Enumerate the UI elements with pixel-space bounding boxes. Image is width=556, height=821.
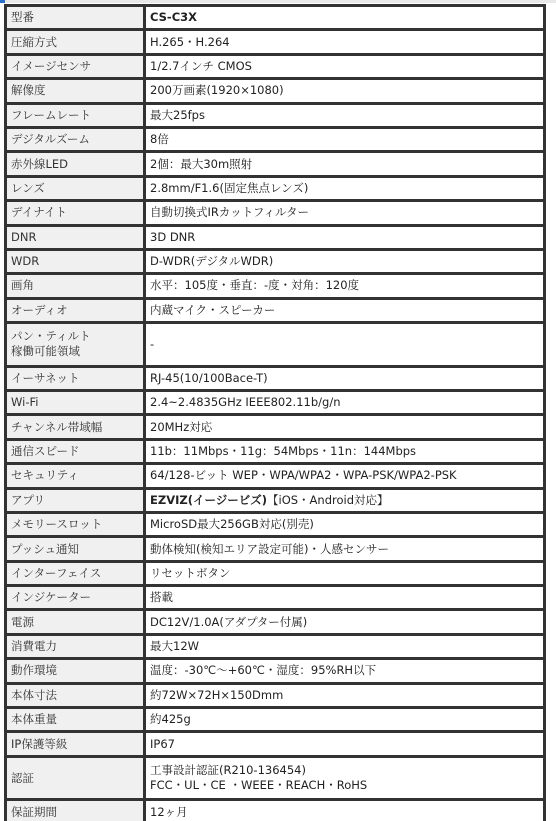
table-row: 保証期間12ヶ月 — [6, 800, 545, 821]
spec-label: IP保護等級 — [6, 732, 145, 756]
app-platforms: 【iOS・Android対応】 — [267, 493, 389, 507]
spec-value: 20MHz対応 — [145, 415, 545, 439]
spec-value-line: 工事設計認証(R210-136454) — [150, 763, 539, 778]
table-row: デイナイト自動切換式IRカットフィルター — [6, 201, 545, 225]
table-row: 電源DC12V/1.0A(アダプター付属) — [6, 610, 545, 634]
spec-table: 型番CS-C3X圧縮方式H.265・H.264イメージセンサ1/2.7インチ C… — [4, 4, 546, 821]
spec-label: パン・ティルト稼働可能領域 — [6, 323, 145, 367]
table-row: チャンネル帯域幅20MHz対応 — [6, 415, 545, 439]
table-row: DNR3D DNR — [6, 225, 545, 249]
table-row: イーサネットRJ-45(10/100Bace-T) — [6, 366, 545, 390]
spec-label: イーサネット — [6, 366, 145, 390]
spec-value: 2個：最大30m照射 — [145, 152, 545, 176]
spec-label: 通信スピード — [6, 439, 145, 463]
spec-label: 認証 — [6, 756, 145, 800]
table-row: WDRD-WDR(デジタルWDR) — [6, 249, 545, 273]
table-row: セキュリティ64/128-ビット WEP・WPA/WPA2・WPA-PSK/WP… — [6, 464, 545, 488]
spec-label-line: 稼働可能領域 — [11, 344, 139, 359]
spec-label: 赤外線LED — [6, 152, 145, 176]
spec-label: 本体重量 — [6, 708, 145, 732]
spec-value: 水平：105度・垂直：-度・対角：120度 — [145, 274, 545, 298]
app-name: EZVIZ(イージービズ) — [150, 493, 267, 507]
spec-label: インジケーター — [6, 586, 145, 610]
table-row: フレームレート最大25fps — [6, 103, 545, 127]
spec-value: 最大25fps — [145, 103, 545, 127]
table-row: 赤外線LED2個：最大30m照射 — [6, 152, 545, 176]
spec-value-line: FCC・UL・CE ・WEEE・REACH・RoHS — [150, 778, 539, 793]
spec-label: 圧縮方式 — [6, 30, 145, 54]
spec-value: IP67 — [145, 732, 545, 756]
spec-value: CS-C3X — [145, 6, 545, 30]
table-row: 解像度200万画素(1920×1080) — [6, 79, 545, 103]
spec-label: デイナイト — [6, 201, 145, 225]
spec-label: オーディオ — [6, 298, 145, 322]
spec-label: メモリースロット — [6, 512, 145, 536]
spec-value: 11b：11Mbps・11g：54Mbps・11n：144Mbps — [145, 439, 545, 463]
spec-label: 画角 — [6, 274, 145, 298]
spec-label: 保証期間 — [6, 800, 145, 821]
table-row: パン・ティルト稼働可能領域- — [6, 323, 545, 367]
spec-label: チャンネル帯域幅 — [6, 415, 145, 439]
spec-label-line: パン・ティルト — [11, 329, 139, 344]
spec-label: WDR — [6, 249, 145, 273]
spec-value: 約72W×72H×150Dmm — [145, 683, 545, 707]
spec-value: 動体検知(検知エリア設定可能)・人感センサー — [145, 537, 545, 561]
spec-label: イメージセンサ — [6, 54, 145, 78]
spec-label: インターフェイス — [6, 561, 145, 585]
spec-label: セキュリティ — [6, 464, 145, 488]
spec-value: 2.4~2.4835GHz IEEE802.11b/g/n — [145, 390, 545, 414]
spec-value: 1/2.7インチ CMOS — [145, 54, 545, 78]
table-row: 消費電力最大12W — [6, 634, 545, 658]
spec-label: アプリ — [6, 488, 145, 512]
spec-value: 自動切換式IRカットフィルター — [145, 201, 545, 225]
spec-value: 温度：-30℃～+60℃・湿度：95%RH以下 — [145, 659, 545, 683]
spec-value: 内蔵マイク・スピーカー — [145, 298, 545, 322]
table-row: 通信スピード11b：11Mbps・11g：54Mbps・11n：144Mbps — [6, 439, 545, 463]
table-row: デジタルズーム8倍 — [6, 127, 545, 151]
table-row: レンズ2.8mm/F1.6(固定焦点レンズ) — [6, 176, 545, 200]
spec-label: フレームレート — [6, 103, 145, 127]
table-row: 動作環境温度：-30℃～+60℃・湿度：95%RH以下 — [6, 659, 545, 683]
spec-value: 12ヶ月 — [145, 800, 545, 821]
spec-label: レンズ — [6, 176, 145, 200]
spec-value: 工事設計認証(R210-136454)FCC・UL・CE ・WEEE・REACH… — [145, 756, 545, 800]
table-row: 本体重量約425g — [6, 708, 545, 732]
table-row: IP保護等級IP67 — [6, 732, 545, 756]
spec-value: D-WDR(デジタルWDR) — [145, 249, 545, 273]
table-row: インターフェイスリセットボタン — [6, 561, 545, 585]
spec-label: DNR — [6, 225, 145, 249]
spec-label: 消費電力 — [6, 634, 145, 658]
table-row: オーディオ内蔵マイク・スピーカー — [6, 298, 545, 322]
table-row: プッシュ通知動体検知(検知エリア設定可能)・人感センサー — [6, 537, 545, 561]
spec-value: EZVIZ(イージービズ)【iOS・Android対応】 — [145, 488, 545, 512]
spec-label: プッシュ通知 — [6, 537, 145, 561]
window-accent — [0, 0, 5, 3]
spec-label: Wi-Fi — [6, 390, 145, 414]
spec-value: DC12V/1.0A(アダプター付属) — [145, 610, 545, 634]
table-row: 本体寸法約72W×72H×150Dmm — [6, 683, 545, 707]
top-strip — [0, 0, 556, 3]
spec-value: - — [145, 323, 545, 367]
table-row: Wi-Fi2.4~2.4835GHz IEEE802.11b/g/n — [6, 390, 545, 414]
table-row: インジケーター搭載 — [6, 586, 545, 610]
spec-value: 3D DNR — [145, 225, 545, 249]
spec-value: 約425g — [145, 708, 545, 732]
spec-value: 8倍 — [145, 127, 545, 151]
spec-label: 型番 — [6, 6, 145, 30]
table-row: 圧縮方式H.265・H.264 — [6, 30, 545, 54]
spec-label: 動作環境 — [6, 659, 145, 683]
table-row: 型番CS-C3X — [6, 6, 545, 30]
spec-value: H.265・H.264 — [145, 30, 545, 54]
spec-value: 64/128-ビット WEP・WPA/WPA2・WPA-PSK/WPA2-PSK — [145, 464, 545, 488]
table-row: イメージセンサ1/2.7インチ CMOS — [6, 54, 545, 78]
spec-value: 200万画素(1920×1080) — [145, 79, 545, 103]
spec-label: 解像度 — [6, 79, 145, 103]
spec-value: 搭載 — [145, 586, 545, 610]
spec-label: デジタルズーム — [6, 127, 145, 151]
spec-value: MicroSD最大256GB対応(別売) — [145, 512, 545, 536]
table-row: アプリEZVIZ(イージービズ)【iOS・Android対応】 — [6, 488, 545, 512]
spec-label: 本体寸法 — [6, 683, 145, 707]
spec-label: 電源 — [6, 610, 145, 634]
spec-value: リセットボタン — [145, 561, 545, 585]
spec-value: RJ-45(10/100Bace-T) — [145, 366, 545, 390]
spec-value: 2.8mm/F1.6(固定焦点レンズ) — [145, 176, 545, 200]
table-row: メモリースロットMicroSD最大256GB対応(別売) — [6, 512, 545, 536]
spec-value: 最大12W — [145, 634, 545, 658]
table-row: 認証工事設計認証(R210-136454)FCC・UL・CE ・WEEE・REA… — [6, 756, 545, 800]
table-row: 画角水平：105度・垂直：-度・対角：120度 — [6, 274, 545, 298]
